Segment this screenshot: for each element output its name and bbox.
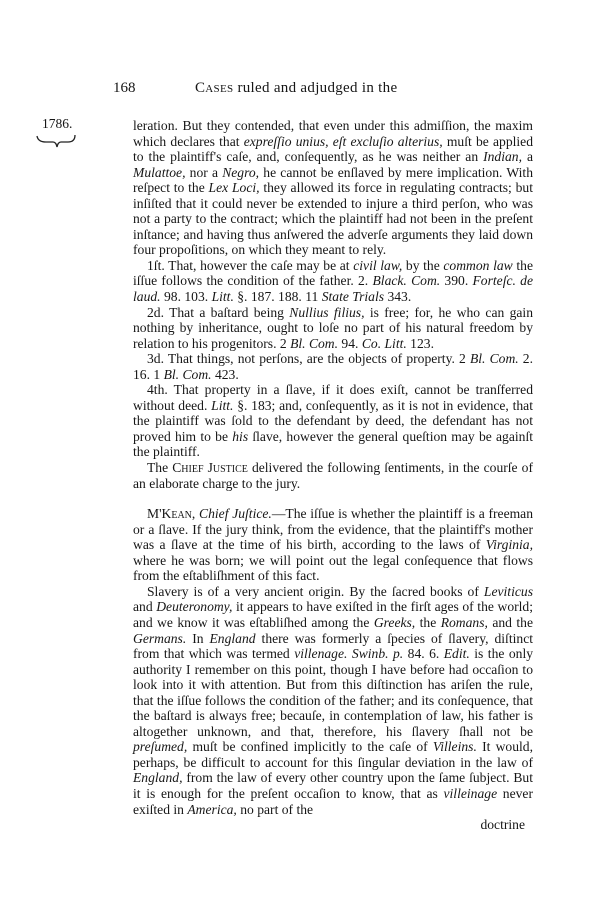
italic-text: Deuteronomy, — [156, 599, 232, 614]
body-text: leration. But they contended, that even … — [133, 118, 533, 833]
italic-text: preſumed, — [133, 739, 187, 754]
italic-text: Bl. Com. — [164, 367, 212, 382]
text-run: The — [147, 460, 172, 475]
text-run: nor a — [185, 165, 222, 180]
italic-text: Mulattoe, — [133, 165, 185, 180]
italic-text: Bl. Com. — [290, 336, 338, 351]
text-run: 390. — [440, 273, 472, 288]
page-number: 168 — [113, 80, 136, 97]
italic-text: expreſſio unius, eſt excluſio alterius, — [244, 134, 443, 149]
text-run: the — [415, 615, 440, 630]
text-run: by the — [402, 258, 443, 273]
small-caps-text: M'Kean, — [147, 506, 195, 521]
italic-text: Leviticus — [484, 584, 533, 599]
text-run: 343. — [384, 289, 411, 304]
text-run: and — [133, 599, 156, 614]
paragraph: The Chief Justice delivered the followin… — [133, 460, 533, 491]
text-run: no part of the — [237, 802, 313, 817]
italic-text: villenage. — [294, 646, 347, 661]
paragraph: leration. But they contended, that even … — [133, 118, 533, 258]
text-run: 94. — [338, 336, 362, 351]
italic-text: America, — [187, 802, 236, 817]
italic-text: Bl. Com. — [470, 351, 519, 366]
paragraph: Slavery is of a very ancient origin. By … — [133, 584, 533, 817]
italic-text: Nullius filius, — [289, 305, 364, 320]
text-run: where he was born; we will point out the… — [133, 553, 533, 584]
italic-text: Litt. — [212, 289, 234, 304]
text-run: a — [522, 149, 533, 164]
italic-text: Chief Juſtice. — [199, 506, 272, 521]
text-run: §. 187. 188. 11 — [234, 289, 322, 304]
paragraph: 1ſt. That, however the caſe may be at ci… — [133, 258, 533, 305]
text-run: 84. 6. — [403, 646, 444, 661]
running-title-rest: ruled and adjudged in the — [233, 80, 397, 96]
small-caps-text: Chief Justice — [172, 460, 248, 475]
text-run: muſt be confined implicitly to the caſe … — [187, 739, 433, 754]
text-run: 1ſt. That, however the caſe may be at — [147, 258, 353, 273]
margin-year-note: 1786. — [42, 116, 72, 132]
running-title: Cases ruled and adjudged in the — [195, 80, 397, 97]
italic-text: Indian, — [483, 149, 522, 164]
italic-text: Edit. — [444, 646, 470, 661]
italic-text: Negro, — [222, 165, 259, 180]
text-run: 2d. That a baſtard being — [147, 305, 289, 320]
paragraph: M'Kean, Chief Juſtice.—The iſſue is whet… — [133, 506, 533, 584]
curly-brace-icon — [36, 134, 76, 148]
paragraph: 4th. That property in a ſlave, if it doe… — [133, 382, 533, 460]
italic-text: England, — [133, 770, 182, 785]
text-run: 423. — [212, 367, 239, 382]
italic-text: State Trials — [322, 289, 384, 304]
italic-text: Greeks, — [374, 615, 415, 630]
italic-text: Litt. — [211, 398, 233, 413]
italic-text: Germans. — [133, 631, 186, 646]
paragraph: 3d. That things, not perſons, are the ob… — [133, 351, 533, 382]
italic-text: England — [210, 631, 256, 646]
paragraph: 2d. That a baſtard being Nullius filius,… — [133, 305, 533, 352]
book-page: 168 Cases ruled and adjudged in the 1786… — [0, 0, 600, 903]
running-title-caps: Cases — [195, 80, 233, 96]
italic-text: Villeins. — [433, 739, 477, 754]
italic-text: Lex Loci, — [209, 180, 260, 195]
italic-text: villeinage — [444, 786, 498, 801]
catchword: doctrine — [133, 817, 533, 833]
running-header: 168 Cases ruled and adjudged in the — [113, 80, 533, 100]
italic-text: his — [232, 429, 248, 444]
text-run: and the — [488, 615, 533, 630]
italic-text: Virginia, — [486, 537, 533, 552]
text-run: Slavery is of a very ancient origin. By … — [147, 584, 484, 599]
paragraph-gap — [133, 491, 533, 506]
text-run: 123. — [407, 336, 434, 351]
italic-text: common law — [443, 258, 512, 273]
italic-text: Romans, — [441, 615, 488, 630]
text-run: In — [186, 631, 209, 646]
italic-text: Swinb. p. — [352, 646, 403, 661]
text-run: 3d. That things, not perſons, are the ob… — [147, 351, 470, 366]
italic-text: Black. Com. — [372, 273, 440, 288]
text-run: 98. 103. — [161, 289, 212, 304]
italic-text: civil law, — [353, 258, 402, 273]
italic-text: Co. Litt. — [362, 336, 407, 351]
